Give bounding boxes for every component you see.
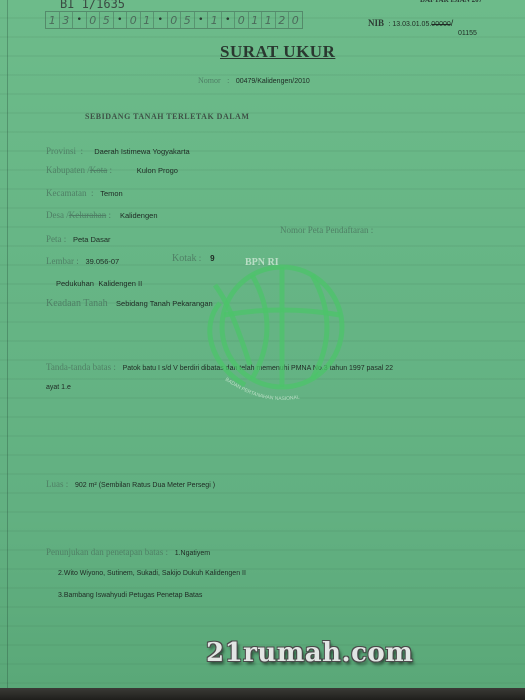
nib-field: NIB : 13.03.01.05.00000/ xyxy=(368,13,453,31)
nib-value: : 13.03.01.05. xyxy=(388,21,431,28)
code-digit-box: 0 xyxy=(127,12,141,28)
nomor-value: 00479/Kalidengen/2010 xyxy=(236,78,310,85)
code-digit-box: • xyxy=(73,12,87,28)
globe-icon: BPN RI BADAN PERTANAHAN NASIONAL xyxy=(190,245,360,405)
code-digit-box: • xyxy=(222,12,236,28)
page-edge xyxy=(7,0,8,688)
svg-text:BPN RI: BPN RI xyxy=(245,257,279,268)
provinsi-value: Daerah Istimewa Yogyakarta xyxy=(94,147,189,156)
nomor-field: Nomor : 00479/Kalidengen/2010 xyxy=(198,70,310,88)
nib-struck: 00000 xyxy=(431,21,450,28)
code-digit-box: • xyxy=(114,12,128,28)
table-surface xyxy=(0,688,525,700)
field-nomor-peta: Nomor Peta Pendaftaran : xyxy=(280,220,373,238)
field-penunjukan: Penunjukan dan penetapan batas : 1.Ngati… xyxy=(46,542,210,560)
field-kecamatan: Kecamatan : Temon xyxy=(46,183,123,201)
field-pedukuhan: Pedukuhan Kalidengen II xyxy=(56,273,142,291)
parcel-code-boxes: 13•05•01•05•1•01120 xyxy=(45,11,303,29)
kabupaten-value: Kulon Progo xyxy=(137,166,178,175)
code-digit-box: • xyxy=(154,12,168,28)
nomor-label: Nomor xyxy=(198,76,221,85)
code-digit-box: 0 xyxy=(289,12,302,28)
pedukuhan-value: Kalidengen II xyxy=(98,279,142,288)
code-digit-box: 1 xyxy=(208,12,222,28)
code-digit-box: 1 xyxy=(46,12,60,28)
code-digit-box: 5 xyxy=(100,12,114,28)
code-digit-box: 1 xyxy=(249,12,263,28)
section-heading: SEBIDANG TANAH TERLETAK DALAM xyxy=(85,112,249,121)
penunjukan-item-2: 2.Wito Wiyono, Sutinem, Sukadi, Sakijo D… xyxy=(58,570,246,577)
penunjukan-item-1: 1.Ngatiyem xyxy=(175,550,210,557)
code-digit-box: 5 xyxy=(181,12,195,28)
nib-label: NIB xyxy=(368,18,384,28)
form-reference: DAFTAR ISIAN 207 xyxy=(420,0,482,4)
code-digit-box: 1 xyxy=(262,12,276,28)
luas-value: 902 m² (Sembilan Ratus Dua Meter Persegi… xyxy=(75,482,215,489)
field-luas: Luas : 902 m² (Sembilan Ratus Dua Meter … xyxy=(46,474,215,492)
desa-value: Kalidengen xyxy=(120,211,158,220)
code-digit-box: 0 xyxy=(87,12,101,28)
penunjukan-item-3: 3.Bambang Iswahyudi Petugas Penetap Bata… xyxy=(58,592,202,599)
lembar-value: 39.056-07 xyxy=(85,257,119,266)
field-kabupaten: Kabupaten /Kota : Kulon Progo xyxy=(46,160,178,178)
code-digit-box: 0 xyxy=(168,12,182,28)
site-watermark: 21rumah.com xyxy=(206,638,413,668)
bpn-seal-watermark: BPN RI BADAN PERTANAHAN NASIONAL xyxy=(190,245,360,405)
nib-suffix: 01155 xyxy=(458,30,477,37)
code-digit-box: 2 xyxy=(276,12,290,28)
field-desa: Desa /Kelurahan : Kalidengen xyxy=(46,205,158,223)
field-provinsi: Provinsi : Daerah Istimewa Yogyakarta xyxy=(46,141,190,159)
tanda-batas-value-line2: ayat 1.e xyxy=(46,384,71,391)
code-digit-box: 3 xyxy=(60,12,74,28)
field-keadaan-tanah: Keadaan Tanah Sebidang Tanah Pekarangan xyxy=(46,293,213,311)
kecamatan-value: Temon xyxy=(100,189,123,198)
code-digit-box: 1 xyxy=(141,12,155,28)
field-lembar: Lembar : 39.056-07 xyxy=(46,251,119,269)
code-digit-box: 0 xyxy=(235,12,249,28)
code-digit-box: • xyxy=(195,12,209,28)
document-title: SURAT UKUR xyxy=(220,42,335,62)
peta-value: Peta Dasar xyxy=(73,235,111,244)
book-number: BI 1/1635 xyxy=(60,0,125,11)
field-peta: Peta : Peta Dasar xyxy=(46,229,111,247)
